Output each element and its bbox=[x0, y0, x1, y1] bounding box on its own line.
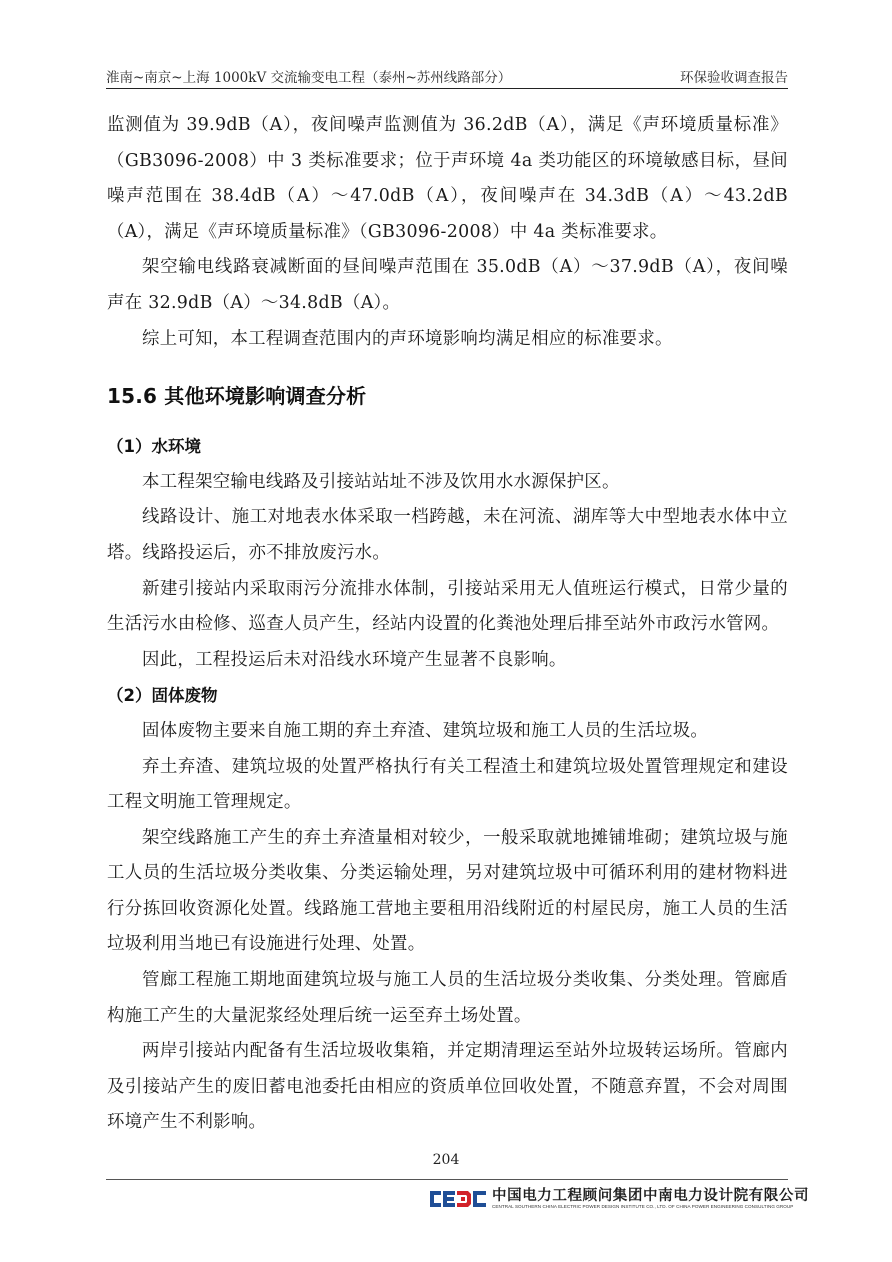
paragraph-noise-continuation: 监测值为 39.9dB（A），夜间噪声监测值为 36.2dB（A），满足《声环境… bbox=[107, 108, 788, 250]
spacer bbox=[107, 357, 788, 367]
page-number: 204 bbox=[0, 1152, 892, 1168]
paragraph-solid-1: 固体废物主要来自施工期的弃土弃渣、建筑垃圾和施工人员的生活垃圾。 bbox=[107, 714, 788, 750]
paragraph-solid-5: 两岸引接站内配备有生活垃圾收集箱，并定期清理运至站外垃圾转运场所。管廊内及引接站… bbox=[107, 1034, 788, 1141]
subheading-water-environment: （1）水环境 bbox=[107, 429, 788, 465]
subheading-solid-waste: （2）固体废物 bbox=[107, 678, 788, 714]
header-project-title: 淮南~南京~上海 1000kV 交流输变电工程（泰州~苏州线路部分） bbox=[106, 66, 511, 86]
paragraph-water-4: 因此，工程投运后未对沿线水环境产生显著不良影响。 bbox=[107, 643, 788, 679]
section-heading-15-6: 15.6 其他环境影响调查分析 bbox=[107, 367, 788, 425]
footer-divider bbox=[106, 1179, 788, 1180]
document-page: 淮南~南京~上海 1000kV 交流输变电工程（泰州~苏州线路部分） 环保验收调… bbox=[0, 0, 892, 1262]
paragraph-noise-summary: 综上可知，本工程调查范围内的声环境影响均满足相应的标准要求。 bbox=[107, 322, 788, 358]
cedc-logo-icon bbox=[428, 1188, 488, 1210]
paragraph-noise-line-section: 架空输电线路衰减断面的昼间噪声范围在 35.0dB（A）～37.9dB（A），夜… bbox=[107, 250, 788, 321]
company-logo: 中国电力工程顾问集团中南电力设计院有限公司 Central Southern C… bbox=[428, 1184, 788, 1214]
company-name-cn: 中国电力工程顾问集团中南电力设计院有限公司 bbox=[492, 1188, 809, 1204]
header-report-type: 环保验收调查报告 bbox=[680, 66, 788, 86]
page-content: 监测值为 39.9dB（A），夜间噪声监测值为 36.2dB（A），满足《声环境… bbox=[107, 108, 788, 1141]
company-name: 中国电力工程顾问集团中南电力设计院有限公司 Central Southern C… bbox=[492, 1188, 809, 1210]
paragraph-water-2: 线路设计、施工对地表水体采取一档跨越，未在河流、湖库等大中型地表水体中立塔。线路… bbox=[107, 500, 788, 571]
company-name-en: Central Southern China Electric Power De… bbox=[492, 1204, 809, 1210]
page-header: 淮南~南京~上海 1000kV 交流输变电工程（泰州~苏州线路部分） 环保验收调… bbox=[106, 62, 788, 89]
paragraph-solid-3: 架空线路施工产生的弃土弃渣量相对较少，一般采取就地摊铺堆砌；建筑垃圾与施工人员的… bbox=[107, 821, 788, 963]
paragraph-water-3: 新建引接站内采取雨污分流排水体制，引接站采用无人值班运行模式，日常少量的生活污水… bbox=[107, 572, 788, 643]
paragraph-water-1: 本工程架空输电线路及引接站站址不涉及饮用水水源保护区。 bbox=[107, 465, 788, 501]
paragraph-solid-4: 管廊工程施工期地面建筑垃圾与施工人员的生活垃圾分类收集、分类处理。管廊盾构施工产… bbox=[107, 963, 788, 1034]
paragraph-solid-2: 弃土弃渣、建筑垃圾的处置严格执行有关工程渣土和建筑垃圾处置管理规定和建设工程文明… bbox=[107, 750, 788, 821]
